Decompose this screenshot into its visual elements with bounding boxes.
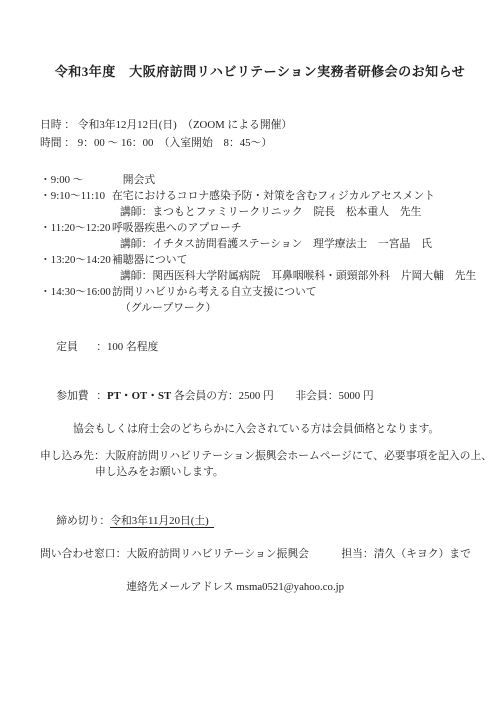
schedule-list: ・9:00 ～ 開会式 ・9:10～11:10 在宅におけるコロナ感染予防・対策… [40, 172, 480, 316]
event-date-line: 日時 ： 令和3年12月12日(日) （ZOOM による開催） [40, 117, 480, 135]
fee-membership: PT・OT・ST [107, 390, 171, 402]
document-page: 令和3年度 大阪府訪問リハビリテーション実務者研修会のお知らせ 日時 ： 令和3… [0, 0, 500, 707]
capacity-value: ：100 名程度 [96, 341, 158, 353]
schedule-lecturer: 講師：イチタス訪問看護ステーション 理学療法士 一宮晶 氏 [120, 236, 480, 252]
schedule-groupwork-note: （グループワーク） [120, 300, 480, 316]
schedule-time: ・11:20～12:20 [40, 220, 112, 236]
fee-amounts: 各会員の方：2500 円 非会員：5000 円 [171, 390, 373, 402]
schedule-time: ・9:10～11:10 [40, 188, 112, 204]
event-info: 日時 ： 令和3年12月12日(日) （ZOOM による開催） 時間 ： 9：0… [40, 117, 480, 152]
schedule-topic: 開会式 [112, 172, 155, 188]
deadline-contact-section: 締め切り：令和3年11月20日(土) 問い合わせ窓口：大阪府訪問リハビリテーショ… [40, 497, 480, 613]
schedule-topic: 在宅におけるコロナ感染予防・対策を含むフィジカルアセスメント [112, 188, 435, 204]
schedule-time: ・14:30～16:00 [40, 284, 112, 300]
fee-colon: ： [96, 390, 107, 402]
deadline-date: 令和3年11月20日(土) [110, 515, 214, 528]
fee-line: 参加費：PT・OT・ST 各会員の方：2500 円 非会員：5000 円 [40, 372, 480, 422]
capacity-label: 定員 [56, 339, 96, 356]
schedule-topic: 補聴器について [112, 252, 187, 268]
schedule-time: ・13:20～14:20 [40, 252, 112, 268]
application-section: 申し込み先：大阪府訪問リハビリテーション振興会ホームページにて、必要事項を記入の… [40, 448, 480, 481]
schedule-topic: 呼吸器疾患へのアプローチ [112, 220, 242, 236]
application-line-2: 申し込みをお願いします。 [95, 464, 480, 481]
schedule-row: ・13:20～14:20 補聴器について [40, 252, 480, 268]
deadline-line: 締め切り：令和3年11月20日(土) [40, 497, 480, 547]
contact-email-label: 連絡先メールアドレス [126, 581, 236, 593]
contact-email-line: 連絡先メールアドレス msma0521@yahoo.co.jp [110, 563, 480, 613]
application-line-1: 申し込み先：大阪府訪問リハビリテーション振興会ホームページにて、必要事項を記入の… [40, 448, 480, 465]
schedule-topic: 訪問リハビリから考える自立支援について [112, 284, 317, 300]
deadline-label: 締め切り： [56, 515, 110, 527]
schedule-time: ・9:00 ～ [40, 172, 112, 188]
schedule-lecturer: 講師：まつもとファミリークリニック 院長 松本重人 先生 [120, 204, 480, 220]
schedule-row: ・9:10～11:10 在宅におけるコロナ感染予防・対策を含むフィジカルアセスメ… [40, 188, 480, 204]
schedule-row: ・11:20～12:20 呼吸器疾患へのアプローチ [40, 220, 480, 236]
capacity-fee-section: 定員：100 名程度 参加費：PT・OT・ST 各会員の方：2500 円 非会員… [40, 322, 480, 438]
capacity-line: 定員：100 名程度 [40, 322, 480, 372]
schedule-row: ・14:30～16:00 訪問リハビリから考える自立支援について [40, 284, 480, 300]
contact-line: 問い合わせ窓口：大阪府訪問リハビリテーション振興会 担当：清久（キヨク）まで [40, 546, 480, 563]
page-title: 令和3年度 大阪府訪問リハビリテーション実務者研修会のお知らせ [40, 62, 480, 81]
event-time-line: 時間 ： 9：00 ～ 16：00 （入室開始 8：45～） [40, 135, 480, 153]
fee-note: 協会もしくは府士会のどちらかに入会されている方は会員価格となります。 [73, 421, 480, 438]
fee-label: 参加費 [56, 388, 96, 405]
contact-email: msma0521@yahoo.co.jp [236, 581, 344, 593]
schedule-lecturer: 講師：関西医科大学附属病院 耳鼻咽喉科・頭頸部外科 片岡大輔 先生 [120, 268, 480, 284]
schedule-row: ・9:00 ～ 開会式 [40, 172, 480, 188]
